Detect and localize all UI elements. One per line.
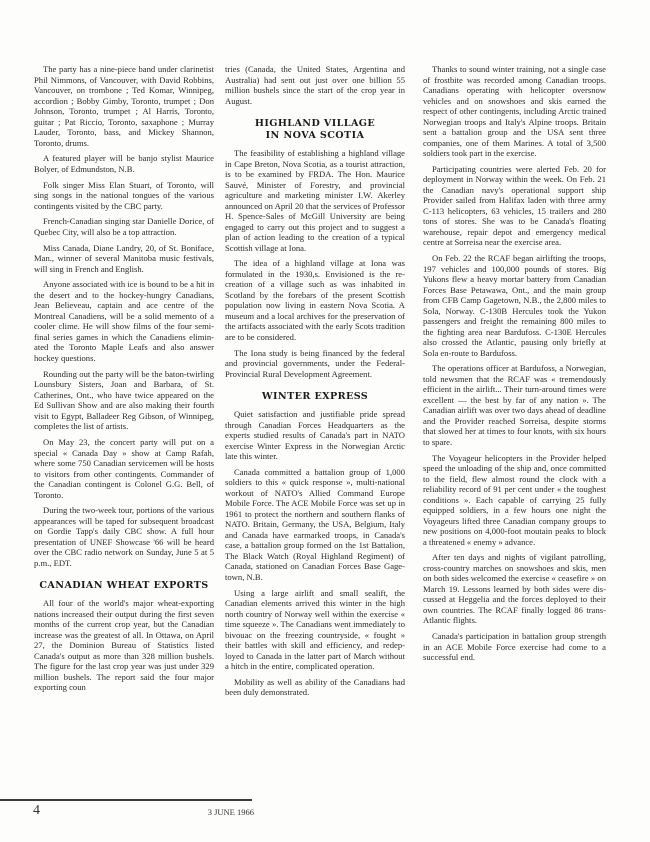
heading-line: HIGHLAND VILLAGE [255,118,375,129]
heading-line: IN NOVA SCOTIA [266,130,365,141]
heading-canadian-wheat-exports: CANADIAN WHEAT EXPORTS [34,580,214,592]
paragraph: A featured player will be banjo stylist … [34,153,214,174]
right-column: Thanks to sound winter training, not a s… [423,64,606,668]
middle-column: tries (Canada, the United States, Argent… [225,64,405,703]
paragraph: Using a large airlift and small sealift,… [225,588,405,672]
paragraph: All four of the world's major wheat-expo… [34,598,214,693]
issue-date: 3 JUNE 1966 [198,807,254,817]
paragraph: On Feb. 22 the RCAF began airlifting the… [423,253,606,358]
paragraph: Anyone associated with ice is bound to b… [34,279,214,363]
page-number: 4 [33,803,40,819]
paragraph: On May 23, the concert party will put on… [34,437,214,500]
paragraph: Rounding out the party will be the baton… [34,369,214,432]
paragraph: Participating countries were alerted Feb… [423,164,606,248]
paragraph: Canada's participation in battalion grou… [423,631,606,663]
paragraph: The Iona study is being financed by the … [225,348,405,380]
paragraph: The party has a nine-piece band under cl… [34,64,214,148]
paragraph: The idea of a highland village at Iona w… [225,258,405,342]
paragraph: The operations officer at Bardufoss, a N… [423,363,606,447]
paragraph: After ten days and nights of vigilant pa… [423,552,606,626]
paragraph: Quiet satisfaction and justifiable pride… [225,409,405,462]
paragraph: During the two-week tour, portions of th… [34,505,214,568]
paragraph: French-Canadian singing star Danielle Do… [34,216,214,237]
heading-highland-village: HIGHLAND VILLAGE IN NOVA SCOTIA [225,118,405,142]
paragraph: Folk singer Miss Elan Stuart, of Toronto… [34,180,214,212]
left-column: The party has a nine-piece band under cl… [34,64,214,698]
heading-winter-express: WINTER EXPRESS [225,391,405,403]
footer-divider [0,799,252,801]
paragraph: The feasibility of establishing a highla… [225,148,405,253]
paragraph: Mobility as well as ability of the Can­a… [225,677,405,698]
paragraph: The Voyageur helicopters in the Provider… [423,453,606,548]
paragraph-continued: tries (Canada, the United States, Argent… [225,64,405,106]
paragraph: Thanks to sound winter training, not a s… [423,64,606,159]
paragraph: Canada committed a battalion group of 1,… [225,467,405,583]
paragraph: Miss Canada, Diane Landry, 20, of St. Bo… [34,243,214,275]
